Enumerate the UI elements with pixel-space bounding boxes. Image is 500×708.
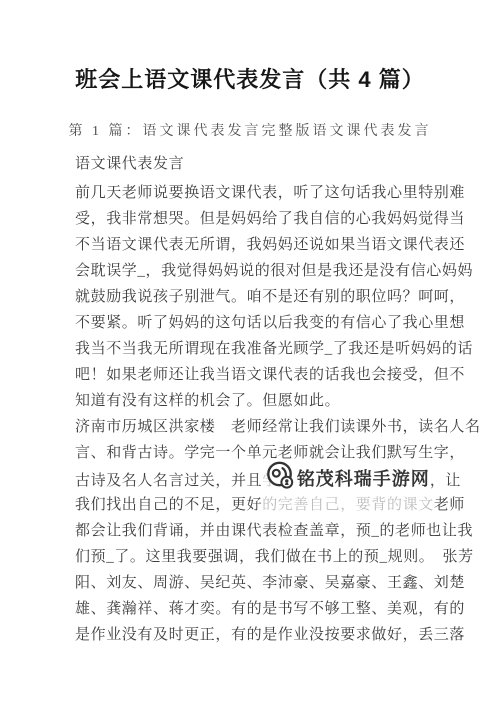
body-text-segment: ，让 <box>430 473 461 489</box>
body-line: 是作业没有及时更正，有的是作业没按要求做好，丢三落 <box>75 622 422 648</box>
page-title: 班会上语文课代表发言（共 4 篇） <box>0 64 500 96</box>
body-line: 们预_了。这里我要强调，我们做在书上的预_规则。 张芳 <box>75 544 422 570</box>
body-line: 不当语文课代表无所谓，我妈妈还说如果当语文课代表还 <box>75 232 422 258</box>
body-line-with-watermark: 古诗及名人名言过关，并且学铭茂科瑞手游网，让 <box>75 466 422 492</box>
body-line: 前几天老师说要换语文课代表，听了这句话我心里特别难 <box>75 180 422 206</box>
body-line: 吧！如果老师还让我当语文课代表的话我也会接受，但不 <box>75 362 422 388</box>
body-text-segment: 老师 <box>434 497 465 513</box>
body-text-segment: 我们找出自己的不足，更好 <box>75 497 262 513</box>
document-page: 班会上语文课代表发言（共 4 篇） 第 1 篇：语文课代表发言完整版语文课代表发… <box>0 0 500 708</box>
body-line: 我当不当我无所谓现在我准备光顾学_了我还是听妈妈的话 <box>75 336 422 362</box>
body-line: 受，我非常想哭。但是妈妈给了我自信的心我妈妈觉得当 <box>75 206 422 232</box>
body-line: 济南市历城区洪家楼 老师经常让我们读课外书，读名人名 <box>75 414 422 440</box>
body-text-segment: 古诗及名人名言过关，并且 <box>75 473 262 489</box>
body-line-with-faded-text: 我们找出自己的不足，更好的完善自己，要背的课文老师 <box>75 492 422 518</box>
body-line: 雄、龚瀚祥、蒋才奕。有的是书写不够工整、美观，有的 <box>75 596 422 622</box>
body-line: 知道有没有这样的机会了。但愿如此。 <box>75 388 422 414</box>
document-body: 语文课代表发言 前几天老师说要换语文课代表，听了这句话我心里特别难 受，我非常想… <box>75 151 422 648</box>
body-line: 会耽误学_，我觉得妈妈说的很对但是我还是没有信心妈妈 <box>75 258 422 284</box>
body-line: 都会让我们背诵，并由课代表检查盖章，预_的老师也让我 <box>75 518 422 544</box>
watermark-site-name: 铭茂科瑞手游网 <box>297 469 430 489</box>
body-line: 言、和背古诗。学完一个单元老师就会让我们默写生字， <box>75 440 422 466</box>
site-watermark: 铭茂科瑞手游网 <box>265 466 430 494</box>
body-line: 不要紧。听了妈妈的这句话以后我变的有信心了我心里想 <box>75 310 422 336</box>
body-line: 阳、刘友、周游、吴纪英、李沛豪、吴嘉豪、王鑫、刘楚 <box>75 570 422 596</box>
body-line: 就鼓励我说孩子别泄气。咱不是还有别的职位吗？呵呵， <box>75 284 422 310</box>
game-site-logo-icon <box>265 460 296 500</box>
body-subheading: 语文课代表发言 <box>75 151 422 177</box>
section-heading: 第 1 篇：语文课代表发言完整版语文课代表发言 <box>0 122 500 142</box>
